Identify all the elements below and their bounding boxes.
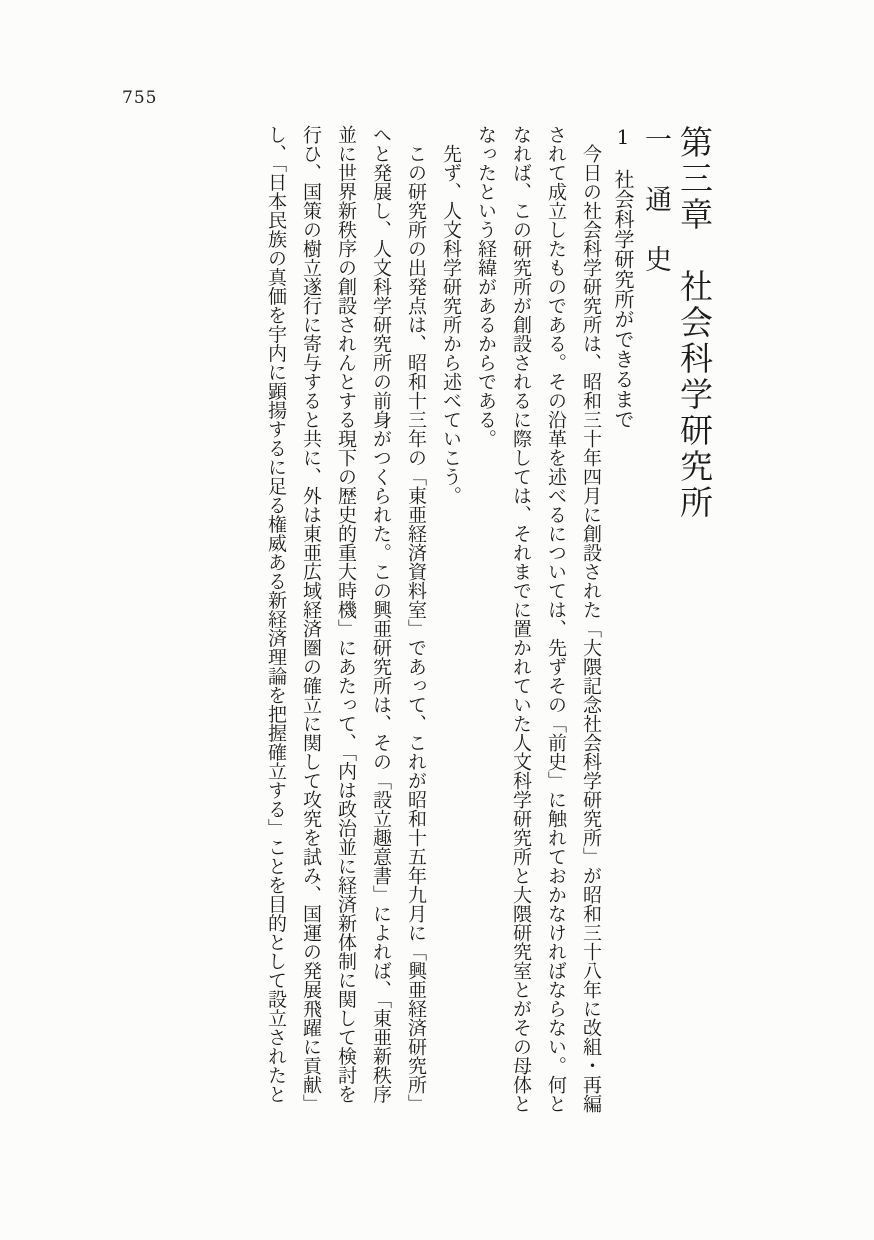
book-page: 755 第三章 社会科学研究所 一 通 史 1 社会科学研究所ができるまで 今日… <box>0 0 874 1240</box>
body-paragraph: 今日の社会科学研究所は、昭和三十年四月に創設された「大隈記念社会科学研究所」が昭… <box>468 125 608 1115</box>
body-paragraph: 先ず、人文科学研究所から述べていこう。 <box>433 125 468 1115</box>
section-title: 一 通 史 <box>638 125 672 1115</box>
page-content: 第三章 社会科学研究所 一 通 史 1 社会科学研究所ができるまで 今日の社会科… <box>258 125 716 1115</box>
page-number: 755 <box>122 88 157 108</box>
chapter-title: 第三章 社会科学研究所 <box>672 125 716 1115</box>
subsection-title: 1 社会科学研究所ができるまで <box>608 125 638 1115</box>
body-paragraph: この研究所の出発点は、昭和十三年の「東亜経済資料室」であって、これが昭和十五年九… <box>258 125 433 1115</box>
